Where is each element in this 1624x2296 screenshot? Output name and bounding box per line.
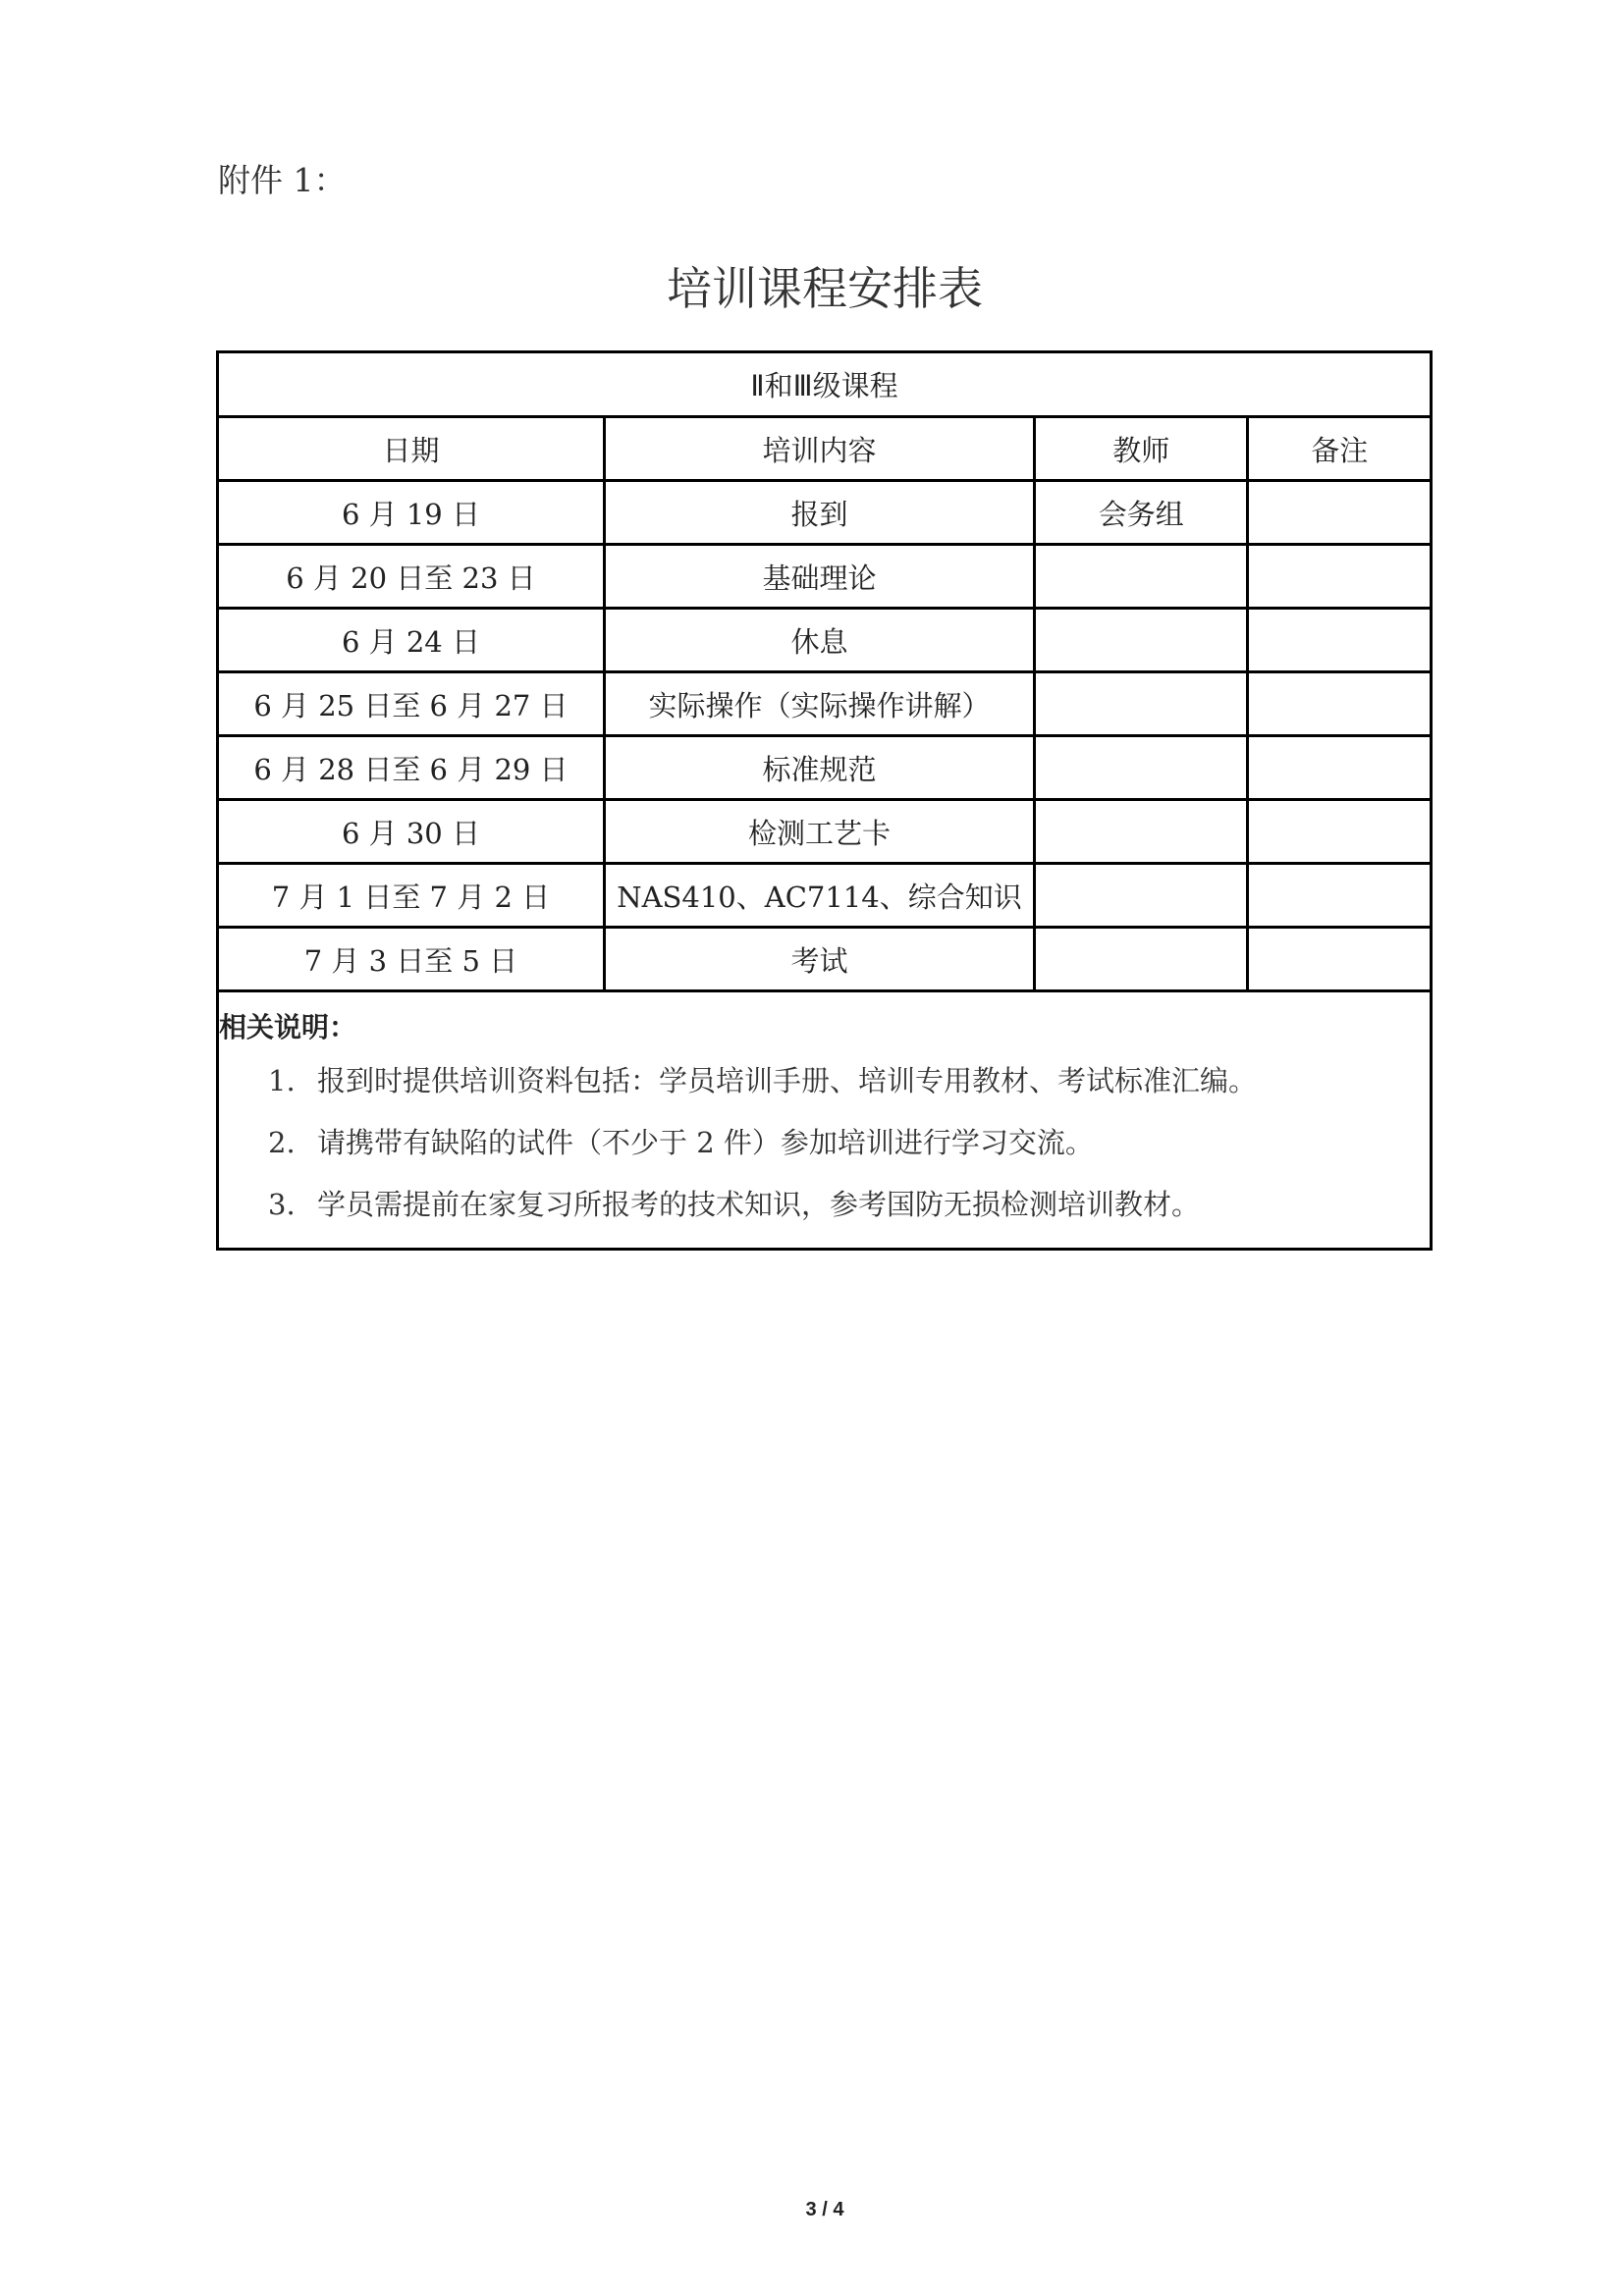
cell-remarks (1248, 928, 1432, 991)
cell-date: 7 月 3 日至 5 日 (218, 928, 605, 991)
cell-remarks (1248, 672, 1432, 736)
cell-content: NAS410、AC7114、综合知识 (604, 864, 1034, 928)
cell-remarks (1248, 481, 1432, 545)
cell-teacher (1035, 545, 1248, 609)
table-row: 6 月 19 日报到会务组 (218, 481, 1432, 545)
table-row: 6 月 20 日至 23 日基础理论 (218, 545, 1432, 609)
table-row: 6 月 24 日休息 (218, 609, 1432, 672)
cell-teacher (1035, 736, 1248, 800)
cell-remarks (1248, 864, 1432, 928)
note-number: 1. (268, 1064, 317, 1097)
header-content: 培训内容 (604, 417, 1034, 481)
table-row: 6 月 30 日检测工艺卡 (218, 800, 1432, 864)
cell-remarks (1248, 800, 1432, 864)
cell-date: 6 月 30 日 (218, 800, 605, 864)
page-number: 3 / 4 (0, 2199, 1624, 2221)
cell-remarks (1248, 736, 1432, 800)
table-row: 6 月 28 日至 6 月 29 日标准规范 (218, 736, 1432, 800)
cell-teacher (1035, 672, 1248, 736)
note-item: 3.学员需提前在家复习所报考的技术知识，参考国防无损检测培训教材。 (268, 1183, 1430, 1223)
schedule-table: Ⅱ和Ⅲ级课程 日期 培训内容 教师 备注 6 月 19 日报到会务组 6 月 2… (216, 350, 1433, 1251)
table-row: 7 月 1 日至 7 月 2 日NAS410、AC7114、综合知识 (218, 864, 1432, 928)
header-date: 日期 (218, 417, 605, 481)
cell-date: 6 月 28 日至 6 月 29 日 (218, 736, 605, 800)
attachment-label: 附件 1： (218, 155, 347, 201)
cell-teacher (1035, 864, 1248, 928)
note-item: 1.报到时提供培训资料包括：学员培训手册、培训专用教材、考试标准汇编。 (268, 1059, 1430, 1099)
table-header-row: 日期 培训内容 教师 备注 (218, 417, 1432, 481)
header-remarks: 备注 (1248, 417, 1432, 481)
cell-teacher (1035, 928, 1248, 991)
header-teacher: 教师 (1035, 417, 1248, 481)
notes-title: 相关说明： (219, 1006, 1430, 1045)
notes-section: 相关说明： 1.报到时提供培训资料包括：学员培训手册、培训专用教材、考试标准汇编… (218, 991, 1432, 1250)
cell-teacher (1035, 800, 1248, 864)
cell-date: 6 月 20 日至 23 日 (218, 545, 605, 609)
cell-content: 基础理论 (604, 545, 1034, 609)
cell-date: 6 月 25 日至 6 月 27 日 (218, 672, 605, 736)
note-text: 请携带有缺陷的试件（不少于 2 件）参加培训进行学习交流。 (317, 1126, 1094, 1159)
cell-remarks (1248, 609, 1432, 672)
page-title: 培训课程安排表 (0, 253, 1624, 318)
cell-content: 实际操作（实际操作讲解） (604, 672, 1034, 736)
cell-teacher: 会务组 (1035, 481, 1248, 545)
cell-content: 检测工艺卡 (604, 800, 1034, 864)
note-number: 3. (268, 1188, 317, 1221)
cell-content: 考试 (604, 928, 1034, 991)
cell-date: 6 月 24 日 (218, 609, 605, 672)
note-number: 2. (268, 1126, 317, 1159)
table-caption: Ⅱ和Ⅲ级课程 (218, 352, 1432, 417)
note-text: 报到时提供培训资料包括：学员培训手册、培训专用教材、考试标准汇编。 (317, 1064, 1257, 1097)
cell-date: 6 月 19 日 (218, 481, 605, 545)
cell-teacher (1035, 609, 1248, 672)
cell-content: 休息 (604, 609, 1034, 672)
table-row: 7 月 3 日至 5 日考试 (218, 928, 1432, 991)
note-item: 2.请携带有缺陷的试件（不少于 2 件）参加培训进行学习交流。 (268, 1121, 1430, 1161)
cell-content: 报到 (604, 481, 1034, 545)
table-row: 6 月 25 日至 6 月 27 日实际操作（实际操作讲解） (218, 672, 1432, 736)
cell-content: 标准规范 (604, 736, 1034, 800)
cell-date: 7 月 1 日至 7 月 2 日 (218, 864, 605, 928)
note-text: 学员需提前在家复习所报考的技术知识，参考国防无损检测培训教材。 (317, 1188, 1200, 1221)
cell-remarks (1248, 545, 1432, 609)
